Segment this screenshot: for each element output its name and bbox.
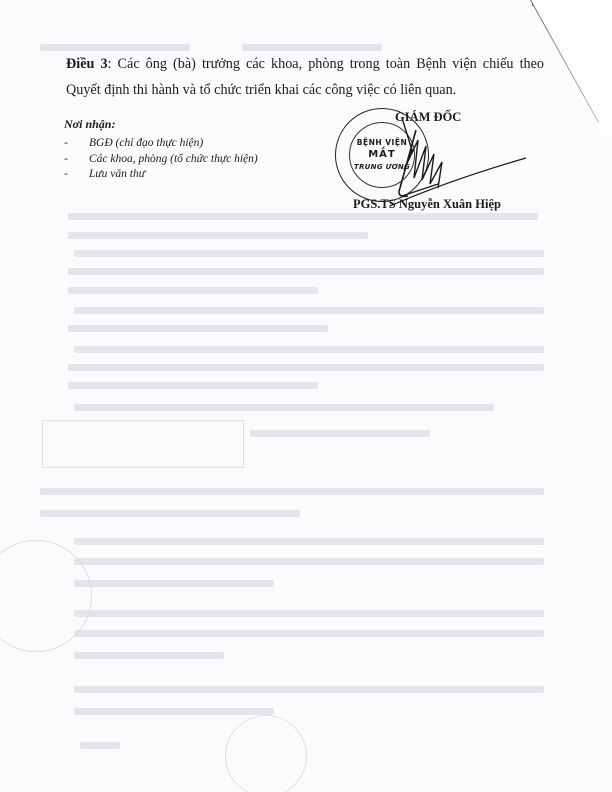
signer-name: PGS.TS Nguyễn Xuân Hiệp <box>353 197 501 212</box>
article-3-paragraph: Điều 3: Các ông (bà) trưởng các khoa, ph… <box>66 51 544 103</box>
recipient-item: -Lưu văn thư <box>64 167 258 183</box>
recipient-item: -Các khoa, phòng (tổ chức thực hiện) <box>64 152 258 168</box>
article-text: : Các ông (bà) trưởng các khoa, phòng tr… <box>66 56 544 98</box>
recipients-title: Nơi nhận: <box>64 117 258 132</box>
recipients-block: Nơi nhận: -BGĐ (chỉ đạo thực hiện) -Các … <box>64 117 258 183</box>
recipient-item: -BGĐ (chỉ đạo thực hiện) <box>64 136 258 152</box>
handwritten-signature <box>330 110 530 210</box>
article-label: Điều 3 <box>66 56 108 72</box>
